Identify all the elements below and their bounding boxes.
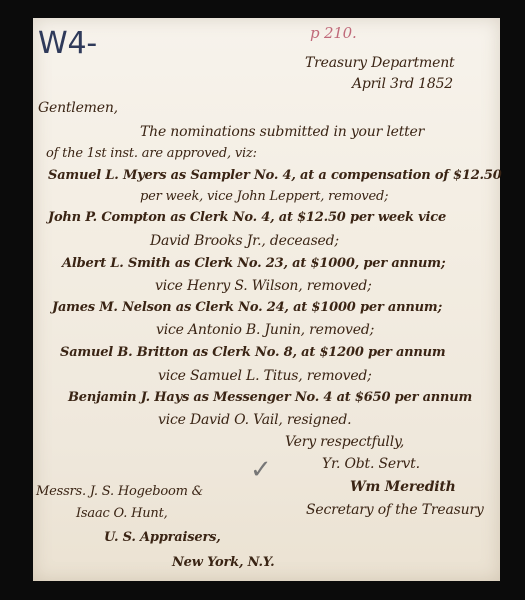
body-line: Albert L. Smith as Clerk No. 23, at $100… [62,256,445,271]
body-line: per week, vice John Leppert, removed; [140,189,388,204]
signatory-title: Secretary of the Treasury [306,502,484,518]
body-line: vice David O. Vail, resigned. [158,412,351,428]
body-line: John P. Compton as Clerk No. 4, at $12.5… [48,210,446,225]
letter-date: April 3rd 1852 [352,76,453,92]
body-line: vice Henry S. Wilson, removed; [155,278,372,294]
body-line: vice Samuel L. Titus, removed; [158,368,372,384]
checkmark-annotation: ✓ [250,455,272,485]
body-line: David Brooks Jr., deceased; [150,233,339,249]
salutation: Gentlemen, [38,100,118,116]
body-line: vice Antonio B. Junin, removed; [156,322,374,338]
body-line: James M. Nelson as Clerk No. 24, at $100… [52,300,442,315]
body-line: Samuel L. Myers as Sampler No. 4, at a c… [48,168,502,183]
addressee-line: Messrs. J. S. Hogeboom & [36,484,203,499]
closing-line: Yr. Obt. Servt. [322,456,420,472]
addressee-line: Isaac O. Hunt, [76,506,168,521]
closing-line: Very respectfully, [285,434,404,450]
body-line: Samuel B. Britton as Clerk No. 8, at $12… [60,345,446,360]
body-line: of the 1st inst. are approved, viz: [46,146,257,161]
body-line: Benjamin J. Hays as Messenger No. 4 at $… [68,390,472,405]
letter-department: Treasury Department [305,55,454,71]
body-line: The nominations submitted in your letter [140,124,424,140]
page-number-annotation: p 210. [310,24,357,42]
addressee-line: U. S. Appraisers, [104,530,221,545]
pencil-annotation: W4- [38,26,97,61]
signature: Wm Meredith [350,479,456,495]
addressee-line: New York, N.Y. [172,555,275,570]
